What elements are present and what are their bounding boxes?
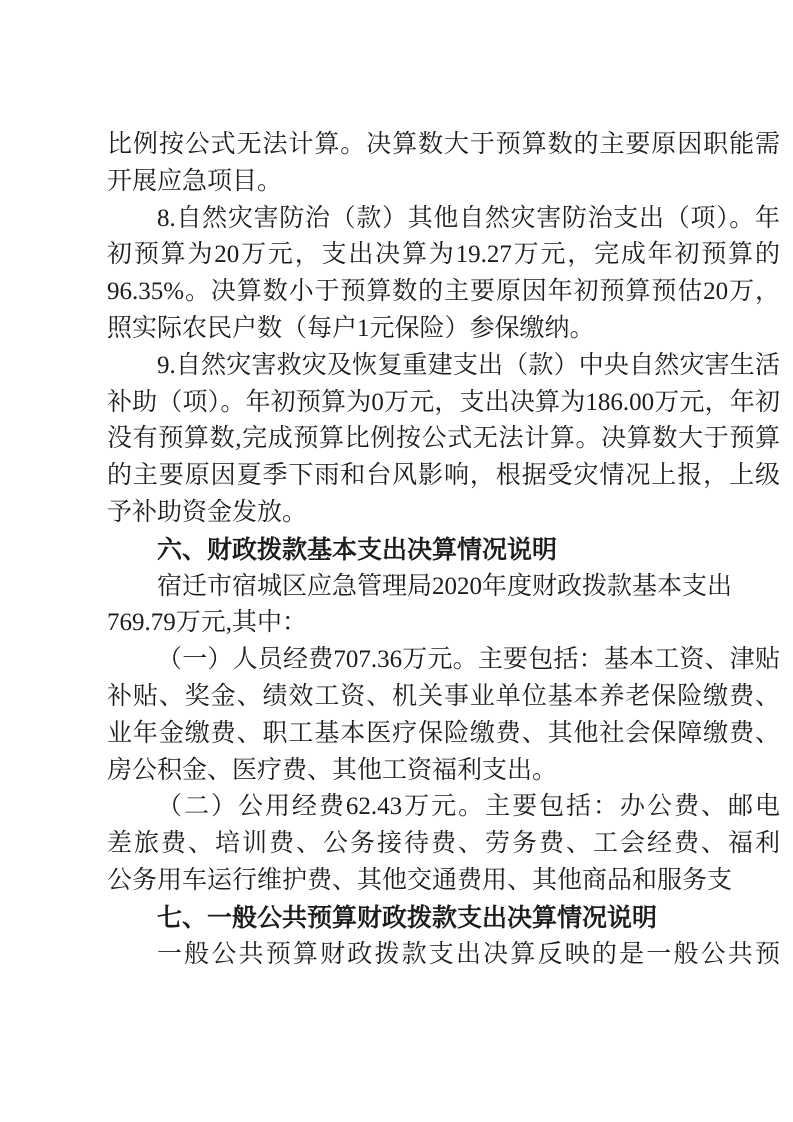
paragraph: 比例按公式无法计算。决算数大于预算数的主要原因职能需要， 开展应急项目。 — [107, 127, 780, 201]
text-line: 比例按公式无法计算。决算数大于预算数的主要原因职能需要， — [107, 127, 780, 164]
paragraph: （二）公用经费62.43万元。主要包括：办公费、邮电费、 差旅费、培训费、公务接… — [107, 789, 780, 899]
paragraph: 一般公共预算财政拨款支出决算反映的是一般公共预 — [107, 937, 780, 974]
section-heading: 七、一般公共预算财政拨款支出决算情况说明 — [107, 900, 780, 937]
text-line: 初预算为20万元，支出决算为19.27万元，完成年初预算的 — [107, 237, 780, 274]
paragraph: 宿迁市宿城区应急管理局2020年度财政拨款基本支出 769.79万元,其中： — [107, 569, 780, 643]
document-page: 比例按公式无法计算。决算数大于预算数的主要原因职能需要， 开展应急项目。 8.自… — [0, 0, 793, 1122]
paragraph: 8.自然灾害防治（款）其他自然灾害防治支出（项）。年 初预算为20万元，支出决算… — [107, 201, 780, 348]
text-line: 一般公共预算财政拨款支出决算反映的是一般公共预 — [107, 937, 780, 974]
text-line: 差旅费、培训费、公务接待费、劳务费、工会经费、福利费、 — [107, 826, 780, 863]
heading-line: 七、一般公共预算财政拨款支出决算情况说明 — [107, 900, 780, 937]
section-heading: 六、财政拨款基本支出决算情况说明 — [107, 532, 780, 569]
paragraph: 9.自然灾害救灾及恢复重建支出（款）中央自然灾害生活 补助（项）。年初预算为0万… — [107, 348, 780, 532]
text-line: 补助（项）。年初预算为0万元，支出决算为186.00万元，年初 — [107, 385, 780, 422]
paragraph: （一）人员经费707.36万元。主要包括：基本工资、津贴 补贴、奖金、绩效工资、… — [107, 642, 780, 789]
text-line: 769.79万元,其中： — [107, 605, 780, 642]
document-body: 比例按公式无法计算。决算数大于预算数的主要原因职能需要， 开展应急项目。 8.自… — [107, 127, 780, 973]
text-line: 予补助资金发放。 — [107, 495, 780, 532]
text-line: 开展应急项目。 — [107, 164, 780, 201]
text-line: 公务用车运行维护费、其他交通费用、其他商品和服务支出。 — [107, 863, 780, 900]
text-line: （二）公用经费62.43万元。主要包括：办公费、邮电费、 — [107, 789, 780, 826]
text-line: 房公积金、医疗费、其他工资福利支出。 — [107, 753, 780, 790]
text-line: 没有预算数,完成预算比例按公式无法计算。决算数大于预算数 — [107, 421, 780, 458]
text-line: 业年金缴费、职工基本医疗保险缴费、其他社会保障缴费、住 — [107, 716, 780, 753]
text-line: 的主要原因夏季下雨和台风影响，根据受灾情况上报，上级给 — [107, 458, 780, 495]
text-line: 照实际农民户数（每户1元保险）参保缴纳。 — [107, 311, 780, 348]
text-line: （一）人员经费707.36万元。主要包括：基本工资、津贴 — [107, 642, 780, 679]
text-line: 8.自然灾害防治（款）其他自然灾害防治支出（项）。年 — [107, 201, 780, 238]
text-line: 9.自然灾害救灾及恢复重建支出（款）中央自然灾害生活 — [107, 348, 780, 385]
text-line: 补贴、奖金、绩效工资、机关事业单位基本养老保险缴费、职 — [107, 679, 780, 716]
text-line: 宿迁市宿城区应急管理局2020年度财政拨款基本支出 — [107, 569, 780, 606]
text-line: 96.35%。决算数小于预算数的主要原因年初预算预估20万，按 — [107, 274, 780, 311]
heading-line: 六、财政拨款基本支出决算情况说明 — [107, 532, 780, 569]
